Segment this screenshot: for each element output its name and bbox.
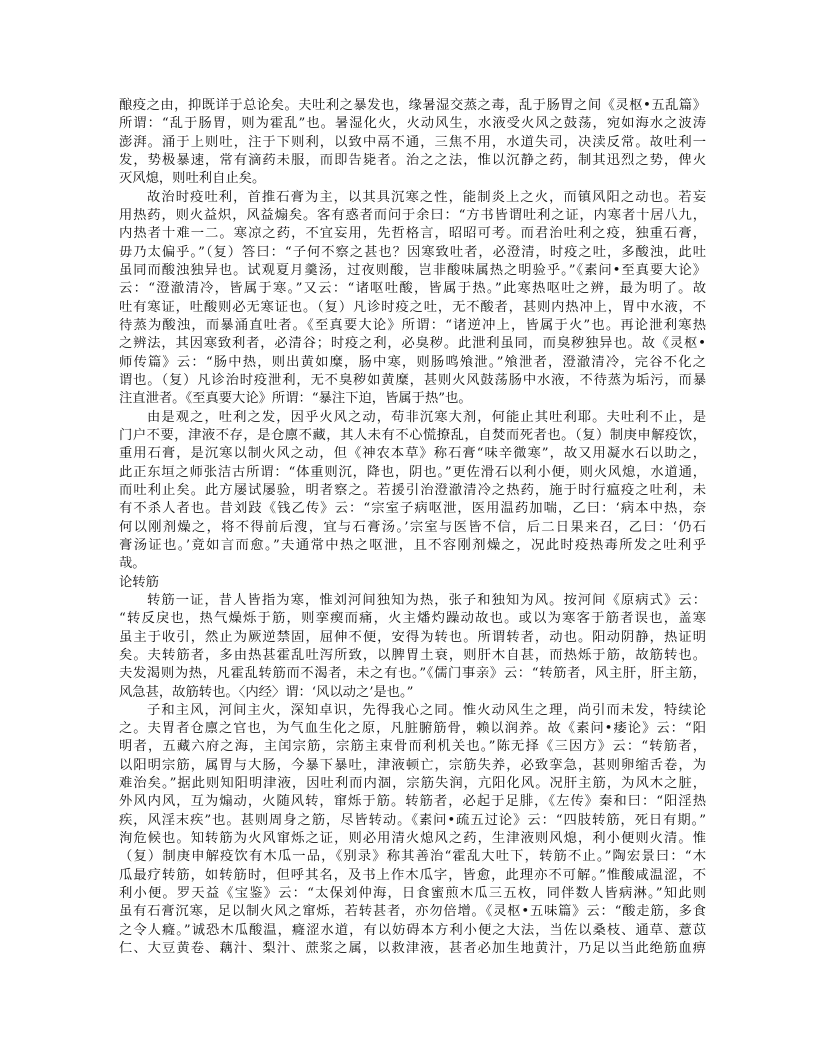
text-line: 发，势极暴速，常有滴药未服，而即告毙者。治之之法，惟以沉静之药，制其迅烈之势，俾…: [119, 152, 706, 170]
document-page: 酿疫之由，抑既详于总论矣。夫吐利之暴发也，缘暑湿交蒸之毒，乱于肠胃之间《灵枢•五…: [119, 97, 706, 958]
text-line: 故治时疫吐利，首推石膏为主，以其具沉寒之性，能制炎上之火，而镇风阳之动也。若妄: [119, 189, 706, 207]
text-line: 内热者十难一二。寒凉之药，不宜妄用，先哲格言，昭昭可考。而君治吐利之疫，独重石膏…: [119, 225, 706, 243]
text-line: 外风内风，互为煽动，火随风转，窜烁于筋。转筋者，必起于足腓，《左传》秦和曰：“阳…: [119, 793, 706, 811]
text-line: 疾，风淫末疾”也。甚则周身之筋，尽皆转动。《素问•疏五过论》云：“四肢转筋，死日…: [119, 812, 706, 830]
text-line: 云：“澄澈清冷，皆属于寒。”又云：“诸呕吐酸，皆属于热。”此寒热呕吐之辨，最为明…: [119, 280, 706, 298]
text-line: 以阳明宗筋，属胃与大肠，今暴下暴吐，津液顿亡，宗筋失养，必致挛急，甚则卵缩舌卷，…: [119, 757, 706, 775]
text-line: （复）制庚申解疫饮有木瓜一品，《别录》称其善治“霍乱大吐下，转筋不止。”陶宏景曰…: [119, 848, 706, 866]
text-line: 利小便。罗天益《宝鉴》云：“太保刘仲海，日食蜜煎木瓜三五枚，同伴数人皆病淋。”知…: [119, 885, 706, 903]
text-line: 而吐利止矣。此方屡试屡验，明者察之。若援引治澄澈清冷之热药，施于时行瘟疫之吐利，…: [119, 482, 706, 500]
text-line: 门户不要，津液不存，是仓廪不藏，其人未有不心慌撩乱，自焚而死者也。（复）制庚申解…: [119, 427, 706, 445]
text-line: 膏汤证也。’竟如言而愈。”夫通常中热之呕泄，且不容刚剂燥之，况此时疫热毒所发之吐…: [119, 537, 706, 555]
text-line: 灭风熄，则吐利自止矣。: [119, 170, 706, 188]
text-line: 夫发渴则为热，凡霍乱转筋而不渴者，未之有也。”《儒门事亲》云：“转筋者，风主肝，…: [119, 665, 706, 683]
text-line: 所谓：“乱于肠胃，则为霍乱”也。暑湿化火，火动风生，水液受火风之鼓荡，宛如海水之…: [119, 115, 706, 133]
text-line: 子和主风，河间主火，深知卓识，先得我心之同。惟火动风生之理，尚引而未发，特续论: [119, 702, 706, 720]
text-line: 之辨法，其因寒致利者，必清谷；时疫之利，必臭秽。此泄利虽同，而臭秽独异也。故《灵…: [119, 335, 706, 353]
text-line: 有不杀人者也。昔刘跂《钱乙传》云：“宗室子病呕泄，医用温药加喘，乙曰：‘病本中热…: [119, 500, 706, 518]
text-line: 师传篇》云：“肠中热，则出黄如糜，肠中寒，则肠鸣飧泄。”飧泄者，澄澈清冷，完谷不…: [119, 354, 706, 372]
text-line: 转筋一证，昔人皆指为寒，惟刘河间独知为热，张子和独知为风。按河间《原病式》云：: [119, 592, 706, 610]
text-line: 虽有石膏沉寒，足以制火风之窜烁，若转甚者，亦勿倍增。《灵枢•五味篇》云：“酸走筋…: [119, 903, 706, 921]
text-line: 待蒸为酸浊，而暴涌直吐者。《至真要大论》所谓：“诸逆冲上，皆属于火”也。再论泄利…: [119, 317, 706, 335]
text-line: 虽主于收引，然止为厥逆禁固，屈伸不便，安得为转也。所谓转者，动也。阳动阴静，热证…: [119, 629, 706, 647]
text-line: 酿疫之由，抑既详于总论矣。夫吐利之暴发也，缘暑湿交蒸之毒，乱于肠胃之间《灵枢•五…: [119, 97, 706, 115]
text-line: 谓也。（复）凡诊治时疫泄利，无不臭秽如黄糜，甚则火风鼓荡肠中水液，不待蒸为垢污，…: [119, 372, 706, 390]
paragraph-1: 酿疫之由，抑既详于总论矣。夫吐利之暴发也，缘暑湿交蒸之毒，乱于肠胃之间《灵枢•五…: [119, 97, 706, 189]
text-line: 明者，五藏六府之海，主闰宗筋，宗筋主束骨而利机关也。”陈无择《三因方》云：“转筋…: [119, 738, 706, 756]
text-line: 之令人癃。”诚恐木瓜酸温，癃涩水道，有以妨碍本方利小便之大法，当佐以桑枝、通草、…: [119, 922, 706, 940]
paragraph-5: 子和主风，河间主火，深知卓识，先得我心之同。惟火动风生之理，尚引而未发，特续论 …: [119, 702, 706, 959]
paragraph-4: 转筋一证，昔人皆指为寒，惟刘河间独知为热，张子和独知为风。按河间《原病式》云： …: [119, 592, 706, 702]
text-line: 由是观之，吐利之发，因乎火风之动，苟非沉寒大剂，何能止其吐利耶。夫吐利不止，是: [119, 409, 706, 427]
text-line: 毋乃太偏乎。”（复）答曰：“子何不察之甚也？因寒致吐者，必澄清，时疫之吐，多酸浊…: [119, 244, 706, 262]
section-heading: 论转筋: [119, 574, 706, 592]
text-line: 此正东垣之师张洁古所谓：“体重则沉，降也，阴也。”更佐滑石以利小便，则火风熄，水…: [119, 464, 706, 482]
text-line: 吐有寒证，吐酸则必无寒证也。（复）凡诊时疫之吐，无不酸者，甚则内热冲上，胃中水液…: [119, 299, 706, 317]
text-line: 澎湃。涌于上则吐，注于下则利，以致中鬲不通，三焦不用，水道失司，决渎反常。故吐利…: [119, 134, 706, 152]
text-line: 难治矣。”据此则知阳明津液，因吐利而内涸，宗筋失润，亢阳化风。况肝主筋，为风木之…: [119, 775, 706, 793]
text-line: 仁、大豆黄卷、藕汁、梨汁、蔗浆之属，以救津液，甚者必加生地黄汁，乃足以当此绝筋血…: [119, 940, 706, 958]
text-line: 风急甚，故筋转也。〈内经〉谓：‘风以动之’是也。”: [119, 684, 706, 702]
text-line: 注直泄者。《至真要大论》所谓：“暴注下迫，皆属于热”也。: [119, 390, 706, 408]
text-line: 何以刚剂燥之，将不得前后溲，宜与石膏汤。’宗室与医皆不信，后二日果来召，乙曰：‘…: [119, 519, 706, 537]
text-line: 用热药，则火益炽，风益煽矣。客有惑者而问于余曰：“方书皆谓吐利之证，内寒者十居八…: [119, 207, 706, 225]
paragraph-2: 故治时疫吐利，首推石膏为主，以其具沉寒之性，能制炎上之火，而镇风阳之动也。若妄 …: [119, 189, 706, 409]
text-line: 洵危候也。知转筋为火风窜烁之证，则必用清火熄风之药，生津液则风熄，利小便则火清。…: [119, 830, 706, 848]
text-line: 瓜最疗转筋，如转筋时，但呼其名，及书上作木瓜字，皆愈，此理亦不可解。”惟酸咸温涩…: [119, 867, 706, 885]
paragraph-3: 由是观之，吐利之发，因乎火风之动，苟非沉寒大剂，何能止其吐利耶。夫吐利不止，是 …: [119, 409, 706, 574]
text-line: 哉。: [119, 555, 706, 573]
text-line: 矣。夫转筋者，多由热甚霍乱吐泻所致，以脾胃土衰，则肝木自甚，而热烁于筋，故筋转也…: [119, 647, 706, 665]
text-line: 之。夫胃者仓廪之官也，为气血生化之原，凡脏腑筋骨，赖以润养。故《素问•痿论》云：…: [119, 720, 706, 738]
text-line: 虽同而酸浊独异也。试观夏月羹汤，过夜则酸，岂非酸味属热之明验乎。”《素问•至真要…: [119, 262, 706, 280]
text-line: “转反戾也，热气燥烁于筋，则挛瘈而痛，火主燔灼躁动故也。或以为寒客于筋者误也，盖…: [119, 610, 706, 628]
text-line: 重用石膏，是沉寒以制火风之动，但《神农本草》称石膏“味辛微寒”，故又用凝水石以助…: [119, 445, 706, 463]
